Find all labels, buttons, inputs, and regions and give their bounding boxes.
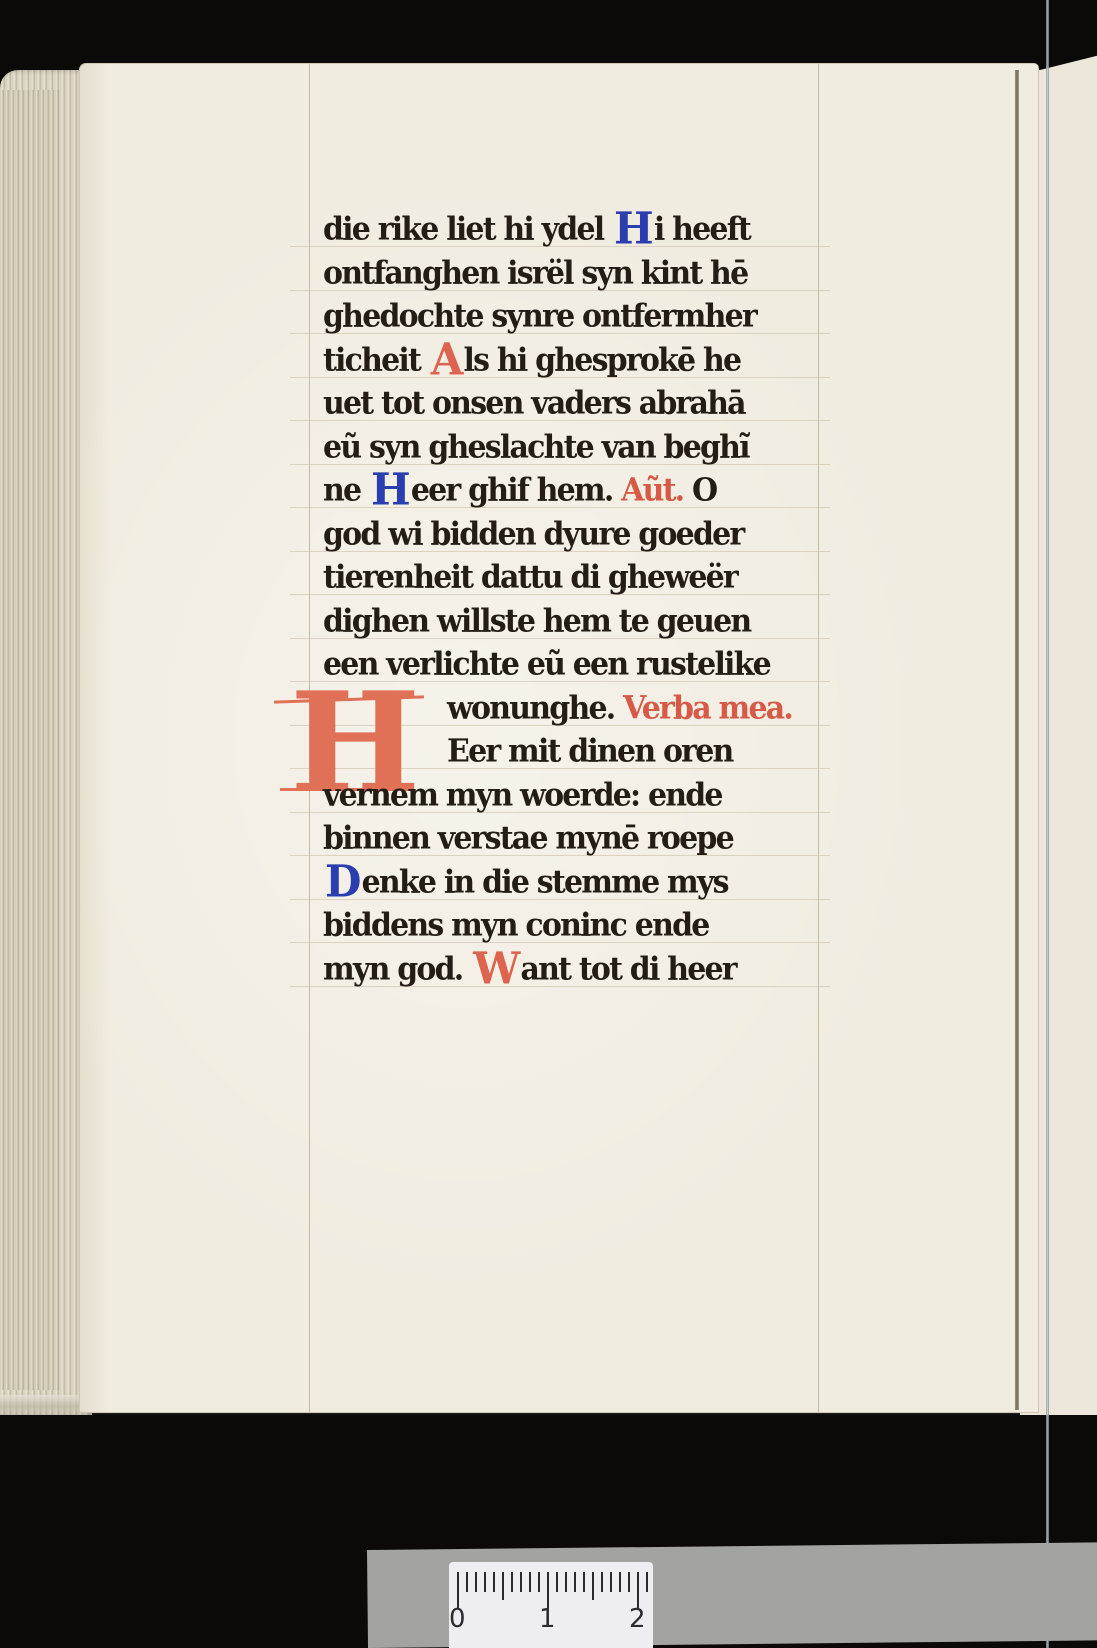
text-run: Eer mit dinen oren: [447, 733, 733, 770]
manuscript-line: die rike liet hi ydel Hi heeft: [323, 207, 823, 253]
text-run: ant tot di heer: [520, 951, 735, 988]
text-run: ls hi ghesprokē he: [464, 342, 741, 379]
ruler-tick: [646, 1572, 648, 1592]
ruler-tick: [475, 1572, 477, 1592]
ruler-tick: [484, 1572, 486, 1592]
ruler-tick: [511, 1572, 513, 1592]
manuscript-line: Eer mit dinen oren: [323, 729, 823, 775]
manuscript-line: uet tot onsen vaders abrahā: [323, 381, 823, 427]
blue-initial: H: [614, 208, 652, 250]
text-run: die rike liet hi ydel: [323, 211, 612, 248]
text-run: vernem myn woerde: ende: [323, 777, 722, 814]
ruler-tick: [520, 1572, 522, 1592]
ruler-tick: [637, 1572, 639, 1608]
manuscript-line: wonunghe. Verba mea.: [323, 685, 823, 731]
ruler-tick: [502, 1572, 504, 1600]
ruler-label: 2: [629, 1604, 646, 1634]
text-run: eũ syn gheslachte van beghĩ: [323, 429, 749, 466]
red-initial: A: [431, 338, 462, 380]
page-stack-fore-edge: [0, 70, 92, 1415]
ruler-tick: [592, 1572, 594, 1600]
text-run: i heeft: [654, 211, 750, 248]
manuscript-line: ghedochte synre ontfermher: [323, 294, 823, 340]
rubric-text: Aũt.: [621, 472, 683, 509]
ruler-tick: [457, 1572, 459, 1608]
text-run: uet tot onsen vaders abrahā: [323, 385, 745, 422]
ruler-tick: [538, 1572, 540, 1592]
ruler-tick: [547, 1572, 549, 1608]
text-run: god wi bidden dyure goeder: [323, 516, 743, 553]
text-run: dighen willste hem te geuen: [323, 603, 750, 640]
text-run: biddens myn coninc ende: [323, 907, 709, 944]
text-run: enke in die stemme mys: [362, 864, 728, 901]
manuscript-line: biddens myn coninc ende: [323, 903, 823, 949]
text-run: een verlichte eũ een rustelike: [323, 646, 770, 683]
text-run: eer ghif hem.: [411, 472, 621, 509]
manuscript-line: god wi bidden dyure goeder: [323, 511, 823, 557]
text-run: ne: [323, 472, 369, 509]
ruler-tick: [574, 1572, 576, 1592]
ruler-tick: [601, 1572, 603, 1592]
text-run: ontfanghen isrël syn kint hē: [323, 255, 747, 292]
text-run: wonunghe.: [447, 690, 623, 727]
text-run: ghedochte synre ontfermher: [323, 298, 756, 335]
ruler-tick: [466, 1572, 468, 1592]
gutter-fold: [1015, 70, 1019, 1410]
manuscript-line: Denke in die stemme mys: [323, 859, 823, 905]
blue-initial: D: [325, 860, 360, 902]
text-run: myn god.: [323, 951, 471, 988]
manuscript-line: ticheit Als hi ghesprokē he: [323, 337, 823, 383]
manuscript-line: ontfanghen isrël syn kint hē: [323, 250, 823, 296]
manuscript-line: dighen willste hem te geuen: [323, 598, 823, 644]
manuscript-line: binnen verstae mynē roepe: [323, 816, 823, 862]
text-run: binnen verstae mynē roepe: [323, 820, 733, 857]
text-run: ticheit: [323, 342, 429, 379]
manuscript-text-block: die rike liet hi ydel Hi heeftontfanghen…: [323, 208, 823, 991]
scale-ruler: 012: [449, 1562, 653, 1648]
ruler-tick: [610, 1572, 612, 1592]
manuscript-line: een verlichte eũ een rustelike: [323, 642, 823, 688]
ruler-tick: [619, 1572, 621, 1592]
blue-initial: H: [371, 469, 409, 511]
ruler-tick: [565, 1572, 567, 1592]
text-run: O: [683, 472, 716, 509]
manuscript-line: tierenheit dattu di gheweër: [323, 555, 823, 601]
manuscript-line: myn god. Want tot di heer: [323, 946, 823, 992]
ruler-tick: [628, 1572, 630, 1592]
glass-plate-edge: [1046, 0, 1049, 1648]
photo-stage: H die rike liet hi ydel Hi heeftontfangh…: [0, 0, 1097, 1648]
manuscript-line: vernem myn woerde: ende: [323, 772, 823, 818]
manuscript-line: ne Heer ghif hem. Aũt. O: [323, 468, 823, 514]
text-run: tierenheit dattu di gheweër: [323, 559, 737, 596]
red-initial: W: [473, 947, 518, 989]
ruler-tick: [583, 1572, 585, 1592]
ruler-tick: [556, 1572, 558, 1592]
ruler-label: 1: [539, 1604, 556, 1634]
ruler-tick: [529, 1572, 531, 1592]
ruler-tick: [493, 1572, 495, 1592]
rubric-text: Verba mea.: [623, 690, 792, 727]
ruler-label: 0: [449, 1604, 466, 1634]
